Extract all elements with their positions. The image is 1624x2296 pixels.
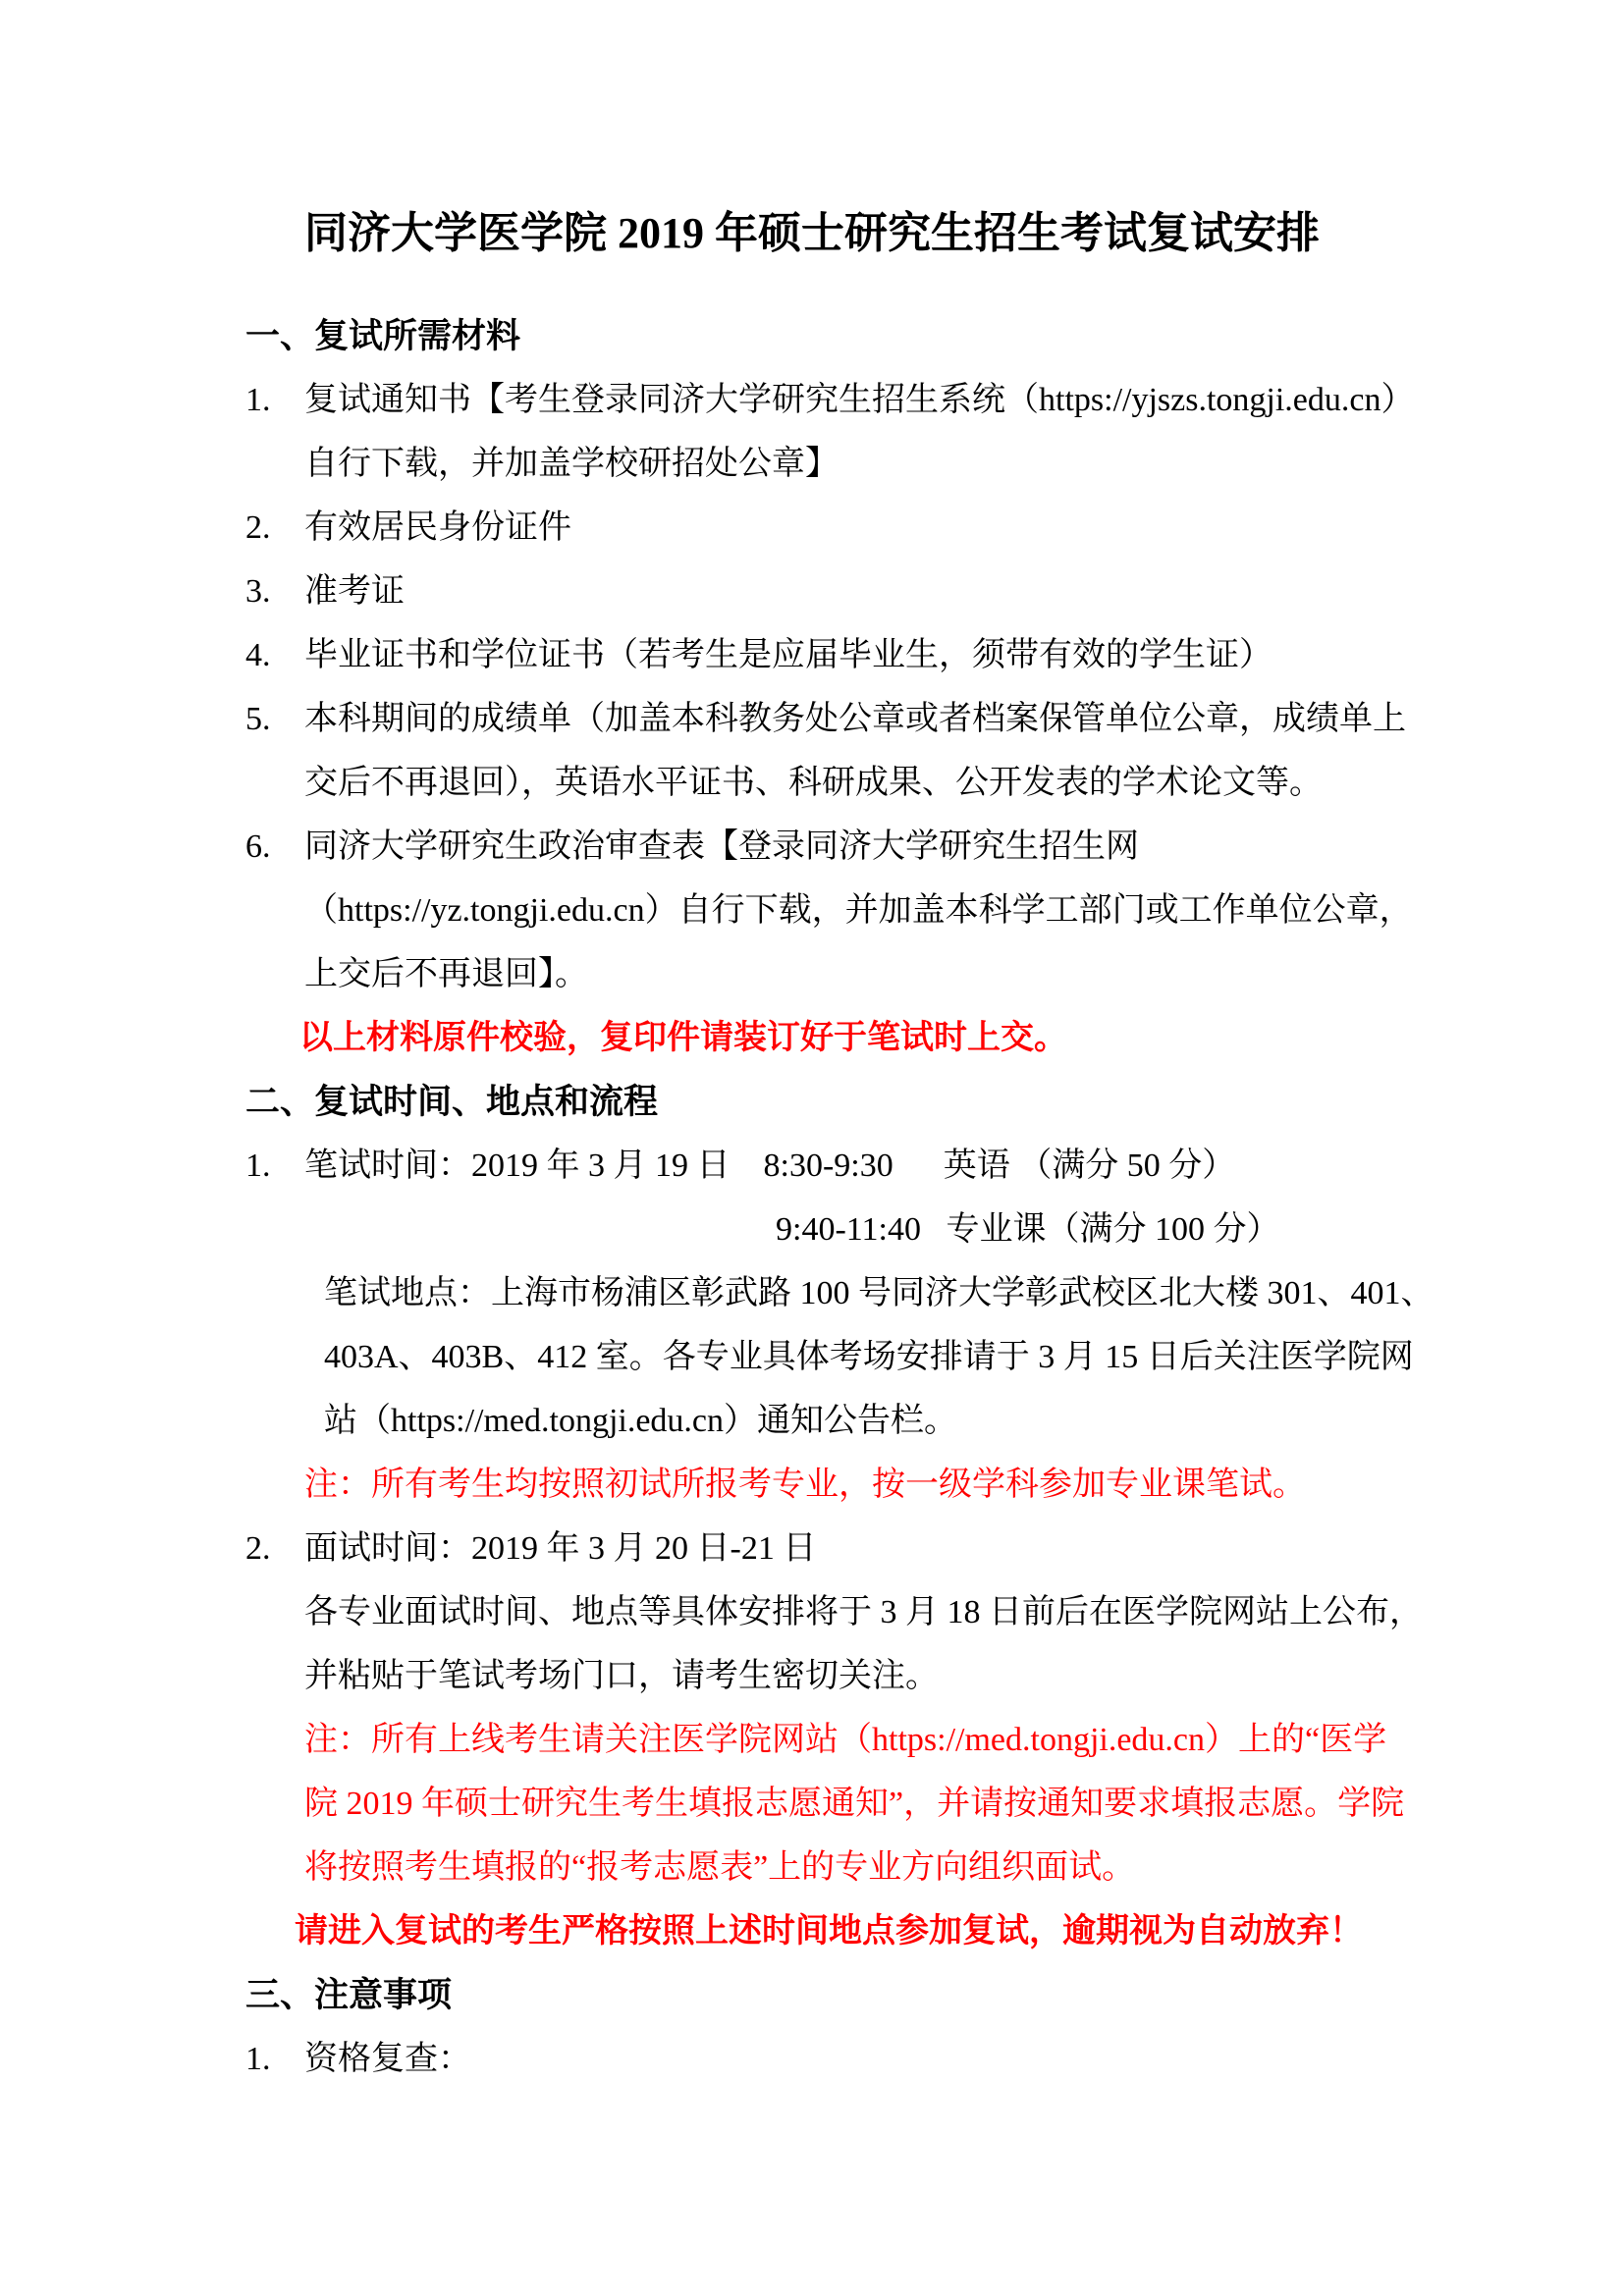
interview-red-note: 注：所有上线考生请关注医学院网站（https://med.tongji.edu.… — [304, 1708, 1522, 1899]
list-item-text: 本科期间的成绩单（加盖本科教务处公章或者档案保管单位公章，成绩单上 交后不再退回… — [304, 687, 1522, 815]
section2-heading: 二、复试时间、地点和流程 — [245, 1070, 1522, 1134]
list-item: 5. 本科期间的成绩单（加盖本科教务处公章或者档案保管单位公章，成绩单上 交后不… — [245, 687, 1522, 815]
list-item-text: 准考证 — [304, 560, 1522, 623]
materials-red-note: 以上材料原件校验，复印件请装订好于笔试时上交。 — [299, 1006, 1522, 1070]
written-exam-time-line1: 笔试时间：2019 年 3 月 19 日 8:30-9:30 英语 （满分 50… — [304, 1134, 1522, 1198]
written-exam-time-line2: 9:40-11:40 专业课（满分 100 分） — [776, 1198, 1522, 1261]
list-item-number: 2. — [245, 1517, 271, 1580]
list-item-number: 5. — [245, 687, 271, 751]
document-body: 一、复试所需材料 1. 复试通知书【考生登录同济大学研究生招生系统（https:… — [245, 304, 1522, 2091]
document-title: 同济大学医学院 2019 年硕士研究生招生考试复试安排 — [0, 201, 1624, 265]
list-item-number: 6. — [245, 815, 271, 879]
list-item-number: 2. — [245, 496, 271, 560]
list-item-text: 资格复查： — [304, 2027, 1522, 2091]
list-item-text: 复试通知书【考生登录同济大学研究生招生系统（https://yjszs.tong… — [304, 368, 1522, 496]
written-exam-red-note: 注：所有考生均按照初试所报考专业，按一级学科参加专业课笔试。 — [304, 1453, 1522, 1517]
list-item-number: 1. — [245, 368, 271, 432]
list-item: 4. 毕业证书和学位证书（若考生是应届毕业生，须带有效的学生证） — [245, 623, 1522, 687]
section3-heading: 三、注意事项 — [245, 1963, 1522, 2027]
attendance-warning: 请进入复试的考生严格按照上述时间地点参加复试，逾期视为自动放弃！ — [295, 1899, 1522, 1963]
list-item: 2. 面试时间：2019 年 3 月 20 日-21 日 — [245, 1517, 1522, 1580]
list-item-number: 1. — [245, 2027, 271, 2091]
list-item-number: 1. — [245, 1134, 271, 1198]
list-item: 2. 有效居民身份证件 — [245, 496, 1522, 560]
written-exam-location: 笔试地点：上海市杨浦区彰武路 100 号同济大学彰武校区北大楼 301、401、… — [324, 1261, 1522, 1453]
list-item: 6. 同济大学研究生政治审查表【登录同济大学研究生招生网 （https://yz… — [245, 815, 1522, 1006]
list-item-text: 同济大学研究生政治审查表【登录同济大学研究生招生网 （https://yz.to… — [304, 815, 1522, 1006]
list-item: 1. 复试通知书【考生登录同济大学研究生招生系统（https://yjszs.t… — [245, 368, 1522, 496]
section1-heading: 一、复试所需材料 — [245, 304, 1522, 368]
interview-detail: 各专业面试时间、地点等具体安排将于 3 月 18 日前后在医学院网站上公布， 并… — [304, 1580, 1522, 1708]
interview-time-line: 面试时间：2019 年 3 月 20 日-21 日 — [304, 1517, 1522, 1580]
list-item-text: 有效居民身份证件 — [304, 496, 1522, 560]
list-item-text: 毕业证书和学位证书（若考生是应届毕业生，须带有效的学生证） — [304, 623, 1522, 687]
list-item-number: 4. — [245, 623, 271, 687]
list-item: 1. 资格复查： — [245, 2027, 1522, 2091]
list-item: 3. 准考证 — [245, 560, 1522, 623]
list-item-number: 3. — [245, 560, 271, 623]
document-page: 同济大学医学院 2019 年硕士研究生招生考试复试安排 一、复试所需材料 1. … — [0, 0, 1624, 2296]
list-item: 1. 笔试时间：2019 年 3 月 19 日 8:30-9:30 英语 （满分… — [245, 1134, 1522, 1198]
